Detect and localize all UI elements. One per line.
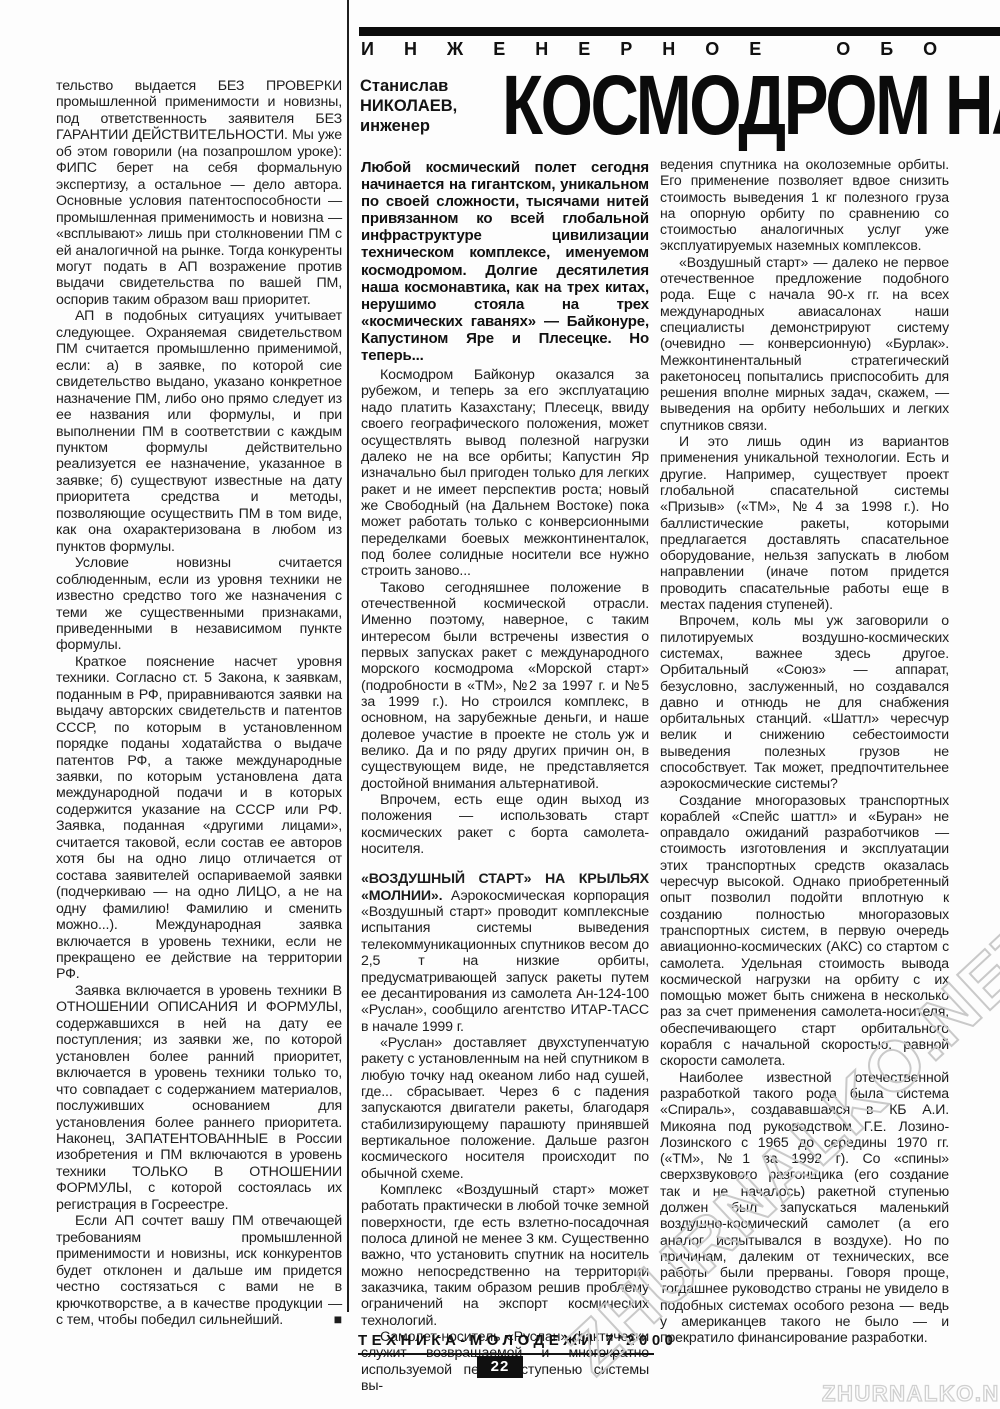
middle-column: Любой космический полет сегодня начинает… bbox=[361, 159, 649, 1394]
watermark-corner: ZHURNALKO.NET bbox=[822, 1381, 1000, 1407]
paragraph: ведения спутника на околоземные орбиты. … bbox=[660, 156, 949, 254]
lead-paragraph: Любой космический полет сегодня начинает… bbox=[361, 159, 649, 364]
paragraph: Заявка включается в уровень техники В ОТ… bbox=[56, 983, 342, 1213]
article-end-mark: ■ bbox=[334, 1311, 342, 1327]
paragraph: Создание многоразовых транспортных кораб… bbox=[660, 792, 949, 1069]
magazine-page: ИНЖЕНЕРНОЕ ОБО Станислав НИКОЛАЕВ, инжен… bbox=[0, 0, 1000, 1409]
author-block: Станислав НИКОЛАЕВ, инженер bbox=[360, 76, 500, 136]
section-paragraph: «ВОЗДУШНЫЙ СТАРТ» НА КРЫЛЬЯХ «МОЛНИИ». А… bbox=[361, 871, 649, 1034]
paragraph: Впрочем, есть еще один выход из положени… bbox=[361, 792, 649, 857]
right-column: ведения спутника на околоземные орбиты. … bbox=[660, 156, 949, 1346]
article-title: КОСМОДРОМ НА. bbox=[502, 63, 1000, 147]
footer-rule bbox=[358, 1353, 654, 1355]
paragraph: Комплекс «Воздушный старт» может работат… bbox=[361, 1182, 649, 1329]
masthead-bar bbox=[359, 27, 1000, 36]
page-number-badge: 22 bbox=[477, 1356, 523, 1378]
paragraph: Условие новизны считается соблюденным, е… bbox=[56, 555, 342, 654]
paragraph: «Воздушный старт» — далеко не первое оте… bbox=[660, 254, 949, 433]
section-text: Аэрокосмическая корпорация «Воздушный ст… bbox=[361, 888, 649, 1035]
paragraph: И это лишь один из вариантов применения … bbox=[660, 433, 949, 612]
paragraph: АП в подобных ситуациях учитывает следую… bbox=[56, 308, 342, 555]
author-last-name: НИКОЛАЕВ, bbox=[360, 96, 500, 116]
column-divider-rule bbox=[347, 0, 349, 1312]
paragraph: Наиболее известной отечественной разрабо… bbox=[660, 1069, 949, 1346]
paragraph: Если АП сочтет вашу ПМ отвечающей требов… bbox=[56, 1213, 342, 1328]
paragraph: Краткое пояснение насчет уровня техники.… bbox=[56, 654, 342, 983]
author-role: инженер bbox=[360, 116, 500, 136]
paragraph: Космодром Байконур оказался за рубежом, … bbox=[361, 367, 649, 579]
paragraph: Таково сегодняшнее положение в отечестве… bbox=[361, 580, 649, 792]
paragraph-text: Если АП сочтет вашу ПМ отвечающей требов… bbox=[56, 1213, 342, 1328]
paragraph: тельство выдается БЕЗ ПРОВЕРКИ промышлен… bbox=[56, 78, 342, 308]
footer-magazine-title: ТЕХНИКА-МОЛОДЕЖИ 7'2000 bbox=[358, 1332, 658, 1349]
left-column: тельство выдается БЕЗ ПРОВЕРКИ промышлен… bbox=[56, 78, 342, 1328]
author-first-name: Станислав bbox=[360, 76, 500, 96]
paragraph: Впрочем, коль мы уж заговорили о пилотир… bbox=[660, 612, 949, 791]
paragraph: «Руслан» доставляет двухступенчатую раке… bbox=[361, 1035, 649, 1182]
